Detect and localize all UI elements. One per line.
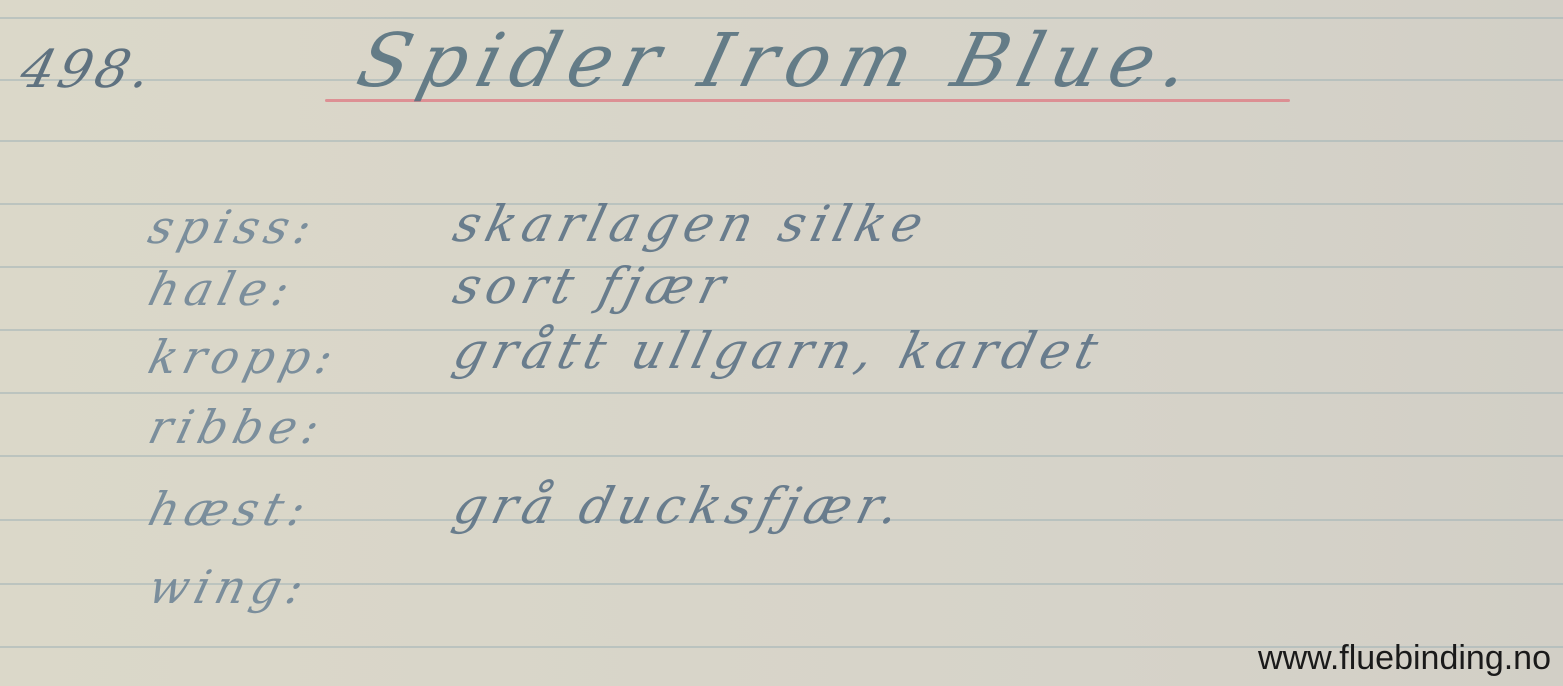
watermark-link[interactable]: www.fluebinding.no (1258, 639, 1551, 678)
field-label-kropp: kropp: (143, 330, 344, 384)
field-value-hale: sort fjær (448, 257, 737, 315)
field-label-hale: hale: (143, 262, 301, 316)
field-value-hæst: grå ducksfjær. (448, 477, 912, 535)
pattern-title: Spider Irom Blue. (349, 18, 1208, 104)
ruled-line (0, 392, 1563, 394)
field-label-ribbe: ribbe: (143, 400, 331, 454)
notebook-page: 498. Spider Irom Blue. spiss: skarlagen … (0, 0, 1563, 686)
entry-number: 498. (15, 40, 162, 100)
ruled-line (0, 455, 1563, 457)
field-label-spiss: spiss: (143, 200, 323, 254)
field-value-kropp: grått ullgarn, kardet (448, 322, 1110, 380)
field-label-hæst: hæst: (143, 482, 317, 536)
ruled-line (0, 140, 1563, 142)
field-label-wing: wing: (143, 560, 315, 614)
field-value-spiss: skarlagen silke (448, 195, 935, 253)
